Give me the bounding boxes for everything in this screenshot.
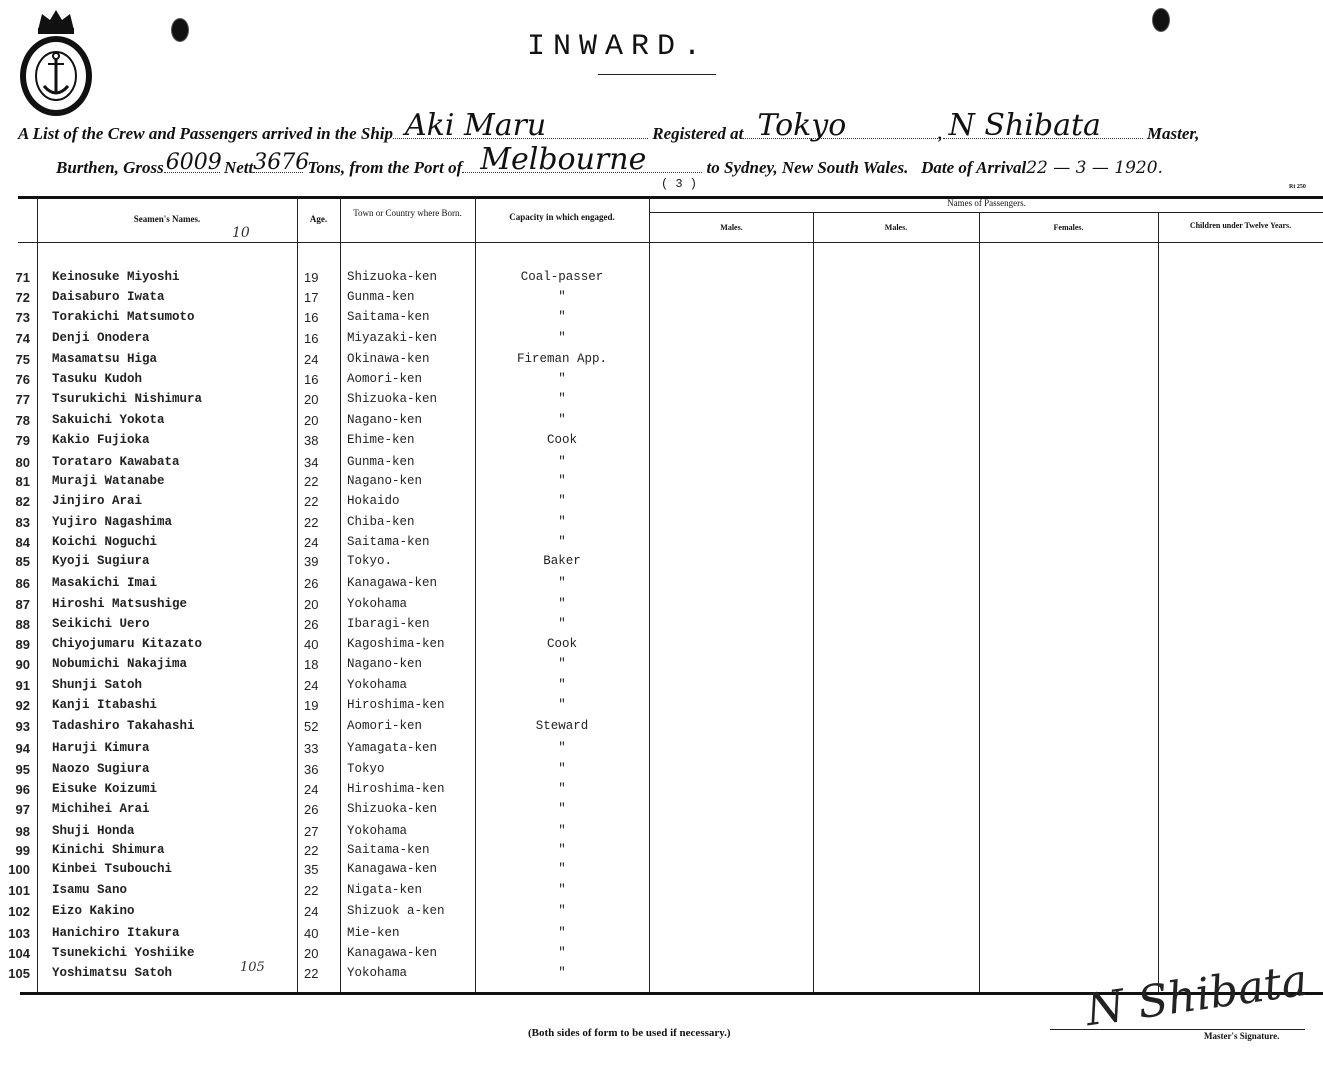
seaman-age: 26	[304, 576, 318, 591]
master-name: N Shibata	[949, 108, 1101, 143]
seaman-age: 24	[304, 352, 318, 367]
registered-at: Tokyo	[757, 108, 846, 143]
seaman-age: 22	[304, 515, 318, 530]
capacity-engaged: "	[482, 392, 642, 406]
seaman-name: Sakuichi Yokota	[52, 413, 165, 427]
birth-town: Ehime-ken	[347, 433, 415, 447]
birth-town: Nagano-ken	[347, 474, 422, 488]
punch-hole-left	[171, 18, 189, 42]
birth-town: Nagano-ken	[347, 657, 422, 671]
birth-town: Shizuoka-ken	[347, 802, 437, 816]
row-number: 92	[8, 698, 30, 713]
header-town: Town or Country where Born.	[345, 208, 470, 219]
row-number: 90	[8, 657, 30, 672]
row-number: 104	[8, 946, 30, 961]
seaman-name: Kyoji Sugiura	[52, 554, 150, 568]
table-row: 76Tasuku Kudoh16Aomori-ken"	[0, 372, 650, 392]
master-signature: N Shibata	[1083, 955, 1311, 1037]
seaman-name: Haruji Kimura	[52, 741, 150, 755]
table-row: 77Tsurukichi Nishimura20Shizuoka-ken"	[0, 392, 650, 412]
birth-town: Hokaido	[347, 494, 400, 508]
capacity-engaged: Cook	[482, 637, 642, 651]
seaman-name: Hiroshi Matsushige	[52, 597, 187, 611]
page-marker: ( 3 )	[661, 177, 697, 191]
seaman-name: Chiyojumaru Kitazato	[52, 637, 202, 651]
row-number: 94	[8, 741, 30, 756]
row-number: 91	[8, 678, 30, 693]
seaman-name: Torakichi Matsumoto	[52, 310, 195, 324]
capacity-engaged: "	[482, 904, 642, 918]
port-of: Melbourne	[480, 142, 646, 177]
birth-town: Shizuok a-ken	[347, 904, 445, 918]
birth-town: Saitama-ken	[347, 843, 430, 857]
seaman-name: Kakio Fujioka	[52, 433, 150, 447]
ship-info-line: A List of the Crew and Passengers arrive…	[18, 124, 1199, 144]
capacity-engaged: "	[482, 597, 642, 611]
row-number: 84	[8, 535, 30, 550]
birth-town: Tokyo	[347, 762, 385, 776]
header-names-of-passengers: Names of Passengers.	[650, 198, 1323, 209]
table-row: 99Kinichi Shimura22Saitama-ken"	[0, 843, 650, 863]
table-row: 90Nobumichi Nakajima18Nagano-ken"	[0, 657, 650, 677]
seaman-name: Eizo Kakino	[52, 904, 135, 918]
row-number: 86	[8, 576, 30, 591]
table-row: 97Michihei Arai26Shizuoka-ken"	[0, 802, 650, 822]
seaman-age: 26	[304, 802, 318, 817]
birth-town: Kanagawa-ken	[347, 576, 437, 590]
seaman-name: Nobumichi Nakajima	[52, 657, 187, 671]
row-number: 88	[8, 617, 30, 632]
seaman-age: 40	[304, 926, 318, 941]
signature-line	[1050, 1029, 1305, 1030]
row-number: 89	[8, 637, 30, 652]
capacity-engaged: "	[482, 515, 642, 529]
row-number: 83	[8, 515, 30, 530]
column-divider	[1158, 212, 1159, 992]
seaman-name: Isamu Sano	[52, 883, 127, 897]
row-number: 82	[8, 494, 30, 509]
birth-town: Chiba-ken	[347, 515, 415, 529]
row-number: 79	[8, 433, 30, 448]
seaman-age: 22	[304, 883, 318, 898]
birth-town: Gunma-ken	[347, 455, 415, 469]
seaman-age: 19	[304, 270, 318, 285]
capacity-engaged: "	[482, 762, 642, 776]
seaman-name: Tadashiro Takahashi	[52, 719, 195, 733]
seaman-age: 24	[304, 782, 318, 797]
row-number: 78	[8, 413, 30, 428]
arrival-label: Date of Arrival	[921, 158, 1026, 177]
seaman-age: 18	[304, 657, 318, 672]
birth-town: Nigata-ken	[347, 883, 422, 897]
capacity-engaged: "	[482, 617, 642, 631]
row-number: 76	[8, 372, 30, 387]
seaman-name: Torataro Kawabata	[52, 455, 180, 469]
capacity-engaged: "	[482, 474, 642, 488]
row-number: 103	[8, 926, 30, 941]
seaman-age: 26	[304, 617, 318, 632]
seaman-age: 20	[304, 597, 318, 612]
seaman-name: Shunji Satoh	[52, 678, 142, 692]
birth-town: Ibaragi-ken	[347, 617, 430, 631]
table-row: 100Kinbei Tsubouchi35Kanagawa-ken"	[0, 862, 650, 882]
table-row: 85Kyoji Sugiura39Tokyo.Baker	[0, 554, 650, 574]
seaman-name: Tsunekichi Yoshiike	[52, 946, 195, 960]
seaman-age: 39	[304, 554, 318, 569]
punch-hole-right	[1152, 8, 1170, 32]
column-divider	[813, 212, 814, 992]
row-number: 105	[8, 966, 30, 981]
annotation-top: 10	[232, 225, 250, 241]
birth-town: Yokohama	[347, 824, 407, 838]
seaman-age: 16	[304, 331, 318, 346]
row-number: 77	[8, 392, 30, 407]
seaman-age: 16	[304, 310, 318, 325]
seaman-age: 33	[304, 741, 318, 756]
birth-town: Saitama-ken	[347, 310, 430, 324]
seaman-age: 17	[304, 290, 318, 305]
seaman-age: 24	[304, 904, 318, 919]
passenger-subheader-rule	[650, 212, 1323, 213]
row-number: 97	[8, 802, 30, 817]
table-header-rule	[18, 242, 1323, 243]
birth-town: Nagano-ken	[347, 413, 422, 427]
row-number: 99	[8, 843, 30, 858]
birth-town: Miyazaki-ken	[347, 331, 437, 345]
burthen-label: Burthen, Gross	[56, 158, 164, 177]
row-number: 85	[8, 554, 30, 569]
table-row: 91Shunji Satoh24Yokohama"	[0, 678, 650, 698]
row-number: 100	[8, 862, 30, 877]
capacity-engaged: "	[482, 843, 642, 857]
capacity-engaged: "	[482, 824, 642, 838]
table-row: 81Muraji Watanabe22Nagano-ken"	[0, 474, 650, 494]
capacity-engaged: Coal-passer	[482, 270, 642, 284]
capacity-engaged: Steward	[482, 719, 642, 733]
table-row: 102Eizo Kakino24Shizuok a-ken"	[0, 904, 650, 924]
header-males-1: Males.	[650, 222, 813, 233]
birth-town: Yokohama	[347, 597, 407, 611]
capacity-engaged: "	[482, 946, 642, 960]
capacity-engaged: "	[482, 741, 642, 755]
seaman-age: 40	[304, 637, 318, 652]
seaman-name: Shuji Honda	[52, 824, 135, 838]
table-row: 72Daisaburo Iwata17Gunma-ken"	[0, 290, 650, 310]
seaman-age: 20	[304, 392, 318, 407]
table-row: 79Kakio Fujioka38Ehime-kenCook	[0, 433, 650, 453]
seaman-name: Seikichi Uero	[52, 617, 150, 631]
birth-town: Kanagawa-ken	[347, 862, 437, 876]
seaman-name: Daisaburo Iwata	[52, 290, 165, 304]
birth-town: Hiroshima-ken	[347, 698, 445, 712]
form-title: INWARD.	[527, 30, 709, 64]
capacity-engaged: "	[482, 576, 642, 590]
capacity-engaged: "	[482, 862, 642, 876]
title-underline	[598, 74, 716, 75]
shipping-master-seal-icon	[16, 6, 96, 118]
seaman-age: 22	[304, 494, 318, 509]
seaman-age: 16	[304, 372, 318, 387]
birth-town: Gunma-ken	[347, 290, 415, 304]
table-row: 87Hiroshi Matsushige20Yokohama"	[0, 597, 650, 617]
header-capacity: Capacity in which engaged.	[475, 212, 649, 223]
seaman-age: 19	[304, 698, 318, 713]
table-row: 93Tadashiro Takahashi52Aomori-kenSteward	[0, 719, 650, 739]
seaman-name: Keinosuke Miyoshi	[52, 270, 180, 284]
header-females: Females.	[979, 222, 1158, 233]
seaman-name: Hanichiro Itakura	[52, 926, 180, 940]
tons-label: Tons, from the Port of	[308, 158, 463, 177]
table-row: 95Naozo Sugiura36Tokyo"	[0, 762, 650, 782]
seaman-name: Yoshimatsu Satoh	[52, 966, 172, 980]
row-number: 101	[8, 883, 30, 898]
form-code: Rt 250	[1289, 184, 1306, 190]
row-number: 93	[8, 719, 30, 734]
capacity-engaged: "	[482, 966, 642, 980]
birth-town: Shizuoka-ken	[347, 270, 437, 284]
gross-tons: 6009	[166, 150, 222, 175]
seaman-name: Masakichi Imai	[52, 576, 157, 590]
row-number: 74	[8, 331, 30, 346]
table-row: 96Eisuke Koizumi24Hiroshima-ken"	[0, 782, 650, 802]
birth-town: Yokohama	[347, 966, 407, 980]
table-row: 94Haruji Kimura33Yamagata-ken"	[0, 741, 650, 761]
table-row: 80Torataro Kawabata34Gunma-ken"	[0, 455, 650, 475]
table-row: 98Shuji Honda27Yokohama"	[0, 824, 650, 844]
nett-label: Nett	[224, 158, 253, 177]
table-row: 105Yoshimatsu Satoh22Yokohama"	[0, 966, 650, 986]
header-age: Age.	[297, 214, 340, 225]
birth-town: Kanagawa-ken	[347, 946, 437, 960]
table-row: 92Kanji Itabashi19Hiroshima-ken"	[0, 698, 650, 718]
seaman-name: Tasuku Kudoh	[52, 372, 142, 386]
footer-note: (Both sides of form to be used if necess…	[528, 1027, 731, 1039]
capacity-engaged: "	[482, 802, 642, 816]
master-label: Master,	[1147, 124, 1199, 143]
seaman-age: 22	[304, 966, 318, 981]
table-row: 89Chiyojumaru Kitazato40Kagoshima-kenCoo…	[0, 637, 650, 657]
capacity-engaged: Baker	[482, 554, 642, 568]
seaman-age: 35	[304, 862, 318, 877]
row-number: 102	[8, 904, 30, 919]
table-row: 82Jinjiro Arai22Hokaido"	[0, 494, 650, 514]
birth-town: Yokohama	[347, 678, 407, 692]
birth-town: Okinawa-ken	[347, 352, 430, 366]
seaman-age: 24	[304, 678, 318, 693]
burthen-line: Burthen, Gross6009 Nett3676 Tons, from t…	[56, 158, 1163, 178]
birth-town: Aomori-ken	[347, 372, 422, 386]
capacity-engaged: "	[482, 926, 642, 940]
seaman-name: Eisuke Koizumi	[52, 782, 157, 796]
capacity-engaged: "	[482, 657, 642, 671]
table-row: 104Tsunekichi Yoshiike20Kanagawa-ken"	[0, 946, 650, 966]
table-row: 74Denji Onodera16Miyazaki-ken"	[0, 331, 650, 351]
header-seamens-names: Seamen's Names.	[37, 214, 297, 225]
capacity-engaged: "	[482, 698, 642, 712]
seaman-age: 22	[304, 474, 318, 489]
capacity-engaged: "	[482, 883, 642, 897]
seaman-name: Michihei Arai	[52, 802, 150, 816]
capacity-engaged: "	[482, 331, 642, 345]
capacity-engaged: "	[482, 535, 642, 549]
birth-town: Saitama-ken	[347, 535, 430, 549]
seaman-age: 38	[304, 433, 318, 448]
seaman-name: Yujiro Nagashima	[52, 515, 172, 529]
arrival-date: 22 — 3 — 1920.	[1026, 158, 1163, 178]
table-row: 84Koichi Noguchi24Saitama-ken"	[0, 535, 650, 555]
birth-town: Kagoshima-ken	[347, 637, 445, 651]
capacity-engaged: "	[482, 290, 642, 304]
list-heading: A List of the Crew and Passengers arrive…	[18, 124, 393, 143]
table-row: 101Isamu Sano22Nigata-ken"	[0, 883, 650, 903]
seaman-name: Masamatsu Higa	[52, 352, 157, 366]
registered-label: Registered at	[652, 124, 743, 143]
seaman-age: 20	[304, 413, 318, 428]
seaman-name: Naozo Sugiura	[52, 762, 150, 776]
capacity-engaged: "	[482, 494, 642, 508]
capacity-engaged: "	[482, 310, 642, 324]
seaman-age: 52	[304, 719, 318, 734]
header-males-2: Males.	[813, 222, 979, 233]
capacity-engaged: "	[482, 782, 642, 796]
seaman-age: 34	[304, 455, 318, 470]
row-number: 81	[8, 474, 30, 489]
row-number: 96	[8, 782, 30, 797]
table-row: 83Yujiro Nagashima22Chiba-ken"	[0, 515, 650, 535]
row-number: 95	[8, 762, 30, 777]
seaman-name: Kanji Itabashi	[52, 698, 157, 712]
row-number: 80	[8, 455, 30, 470]
row-number: 72	[8, 290, 30, 305]
seaman-name: Tsurukichi Nishimura	[52, 392, 202, 406]
birth-town: Hiroshima-ken	[347, 782, 445, 796]
table-row: 88Seikichi Uero26Ibaragi-ken"	[0, 617, 650, 637]
table-row: 71Keinosuke Miyoshi19Shizuoka-kenCoal-pa…	[0, 270, 650, 290]
capacity-engaged: "	[482, 455, 642, 469]
annotation-bottom: 105	[240, 960, 265, 975]
seaman-name: Kinbei Tsubouchi	[52, 862, 172, 876]
capacity-engaged: "	[482, 678, 642, 692]
seaman-age: 22	[304, 843, 318, 858]
birth-town: Tokyo.	[347, 554, 392, 568]
seaman-age: 24	[304, 535, 318, 550]
birth-town: Mie-ken	[347, 926, 400, 940]
capacity-engaged: Fireman App.	[482, 352, 642, 366]
table-row: 86Masakichi Imai26Kanagawa-ken"	[0, 576, 650, 596]
row-number: 75	[8, 352, 30, 367]
column-divider	[979, 212, 980, 992]
row-number: 98	[8, 824, 30, 839]
seaman-age: 20	[304, 946, 318, 961]
seaman-name: Muraji Watanabe	[52, 474, 165, 488]
seaman-name: Koichi Noguchi	[52, 535, 157, 549]
seaman-name: Denji Onodera	[52, 331, 150, 345]
birth-town: Yamagata-ken	[347, 741, 437, 755]
table-row: 75Masamatsu Higa24Okinawa-kenFireman App…	[0, 352, 650, 372]
table-row: 103Hanichiro Itakura40Mie-ken"	[0, 926, 650, 946]
nett-tons: 3676	[253, 150, 309, 175]
birth-town: Shizuoka-ken	[347, 392, 437, 406]
seaman-name: Jinjiro Arai	[52, 494, 142, 508]
ship-name: Aki Maru	[405, 108, 546, 143]
header-children: Children under Twelve Years.	[1158, 220, 1323, 231]
seaman-age: 27	[304, 824, 318, 839]
table-row: 78Sakuichi Yokota20Nagano-ken"	[0, 413, 650, 433]
capacity-engaged: "	[482, 413, 642, 427]
birth-town: Aomori-ken	[347, 719, 422, 733]
row-number: 71	[8, 270, 30, 285]
signature-label: Master's Signature.	[1204, 1031, 1279, 1041]
destination: to Sydney, New South Wales.	[707, 158, 909, 177]
row-number: 73	[8, 310, 30, 325]
seaman-name: Kinichi Shimura	[52, 843, 165, 857]
capacity-engaged: Cook	[482, 433, 642, 447]
capacity-engaged: "	[482, 372, 642, 386]
seaman-age: 36	[304, 762, 318, 777]
table-row: 73Torakichi Matsumoto16Saitama-ken"	[0, 310, 650, 330]
row-number: 87	[8, 597, 30, 612]
